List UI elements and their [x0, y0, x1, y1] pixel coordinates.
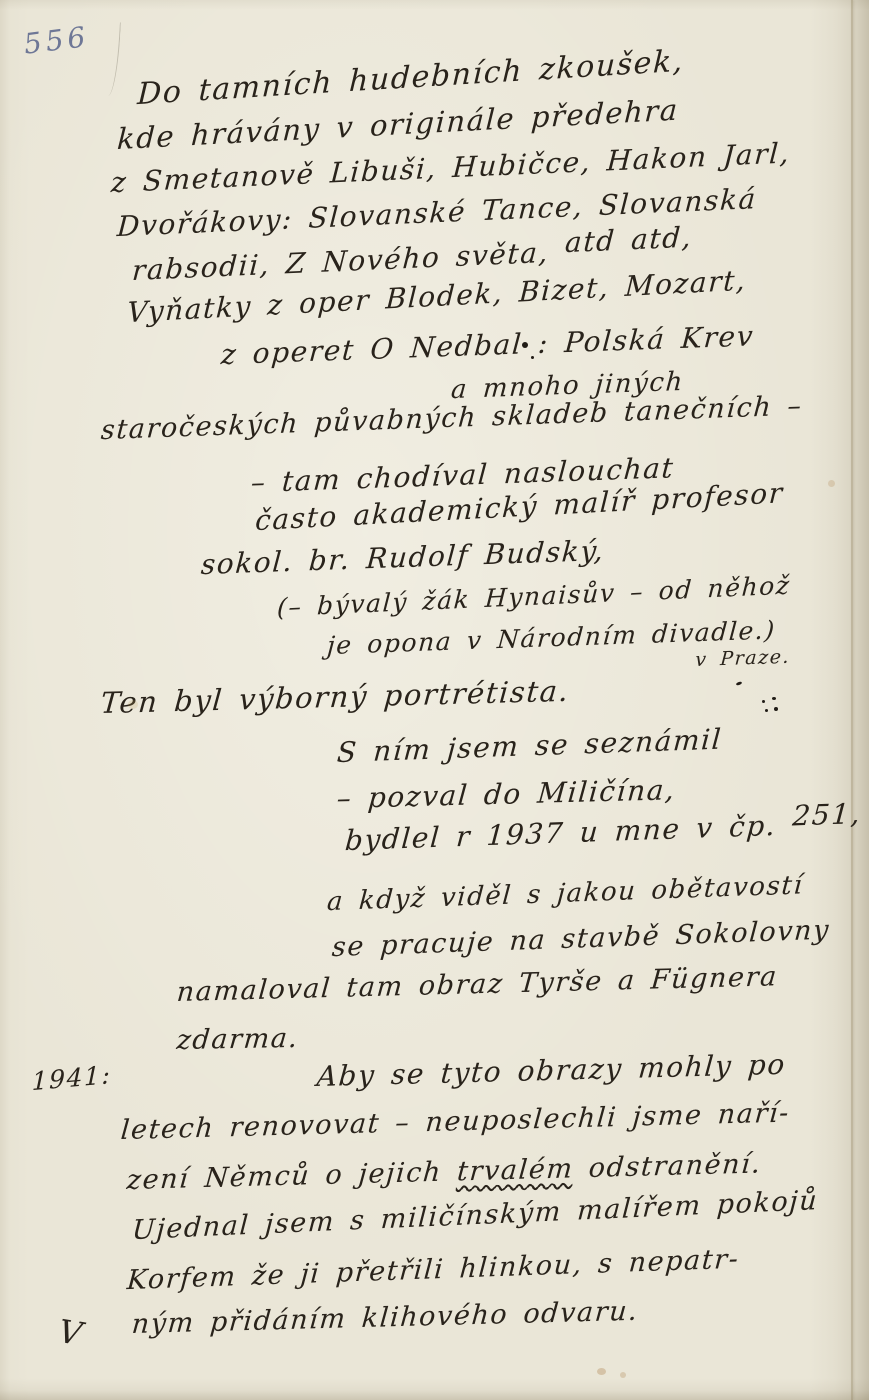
manuscript-line-16: Ten byl výborný portrétista. — [99, 676, 570, 720]
crease-mark — [102, 22, 121, 97]
margin-year-note: 1941: — [32, 1061, 112, 1096]
manuscript-page: 556 Do tamních hudebních zkoušek, kde hr… — [0, 0, 869, 1400]
line-26-text-end: odstranění. — [572, 1148, 762, 1184]
manuscript-line-26: zení Němců o jejich trvalém odstranění. — [126, 1149, 763, 1195]
paper-stain — [128, 700, 138, 709]
ink-speck — [772, 697, 776, 700]
manuscript-line-12: sokol. br. Rudolf Budský, — [200, 536, 606, 581]
manuscript-line-20: a když viděl s jakou obětavostí — [326, 871, 804, 916]
manuscript-line-28: Korfem že ji přetřili hlinkou, s nepatr- — [126, 1245, 741, 1296]
manuscript-line-15: v Praze. — [695, 647, 791, 671]
ink-speck — [774, 707, 778, 711]
paper-stain — [828, 480, 835, 487]
manuscript-line-18: – pozval do Miličína, — [336, 775, 677, 815]
manuscript-line-21: se pracuje na stavbě Sokolovny — [331, 916, 831, 963]
manuscript-line-22: namaloval tam obraz Tyrše a Fügnera — [176, 962, 779, 1007]
manuscript-line-17: S ním jsem se seznámil — [336, 725, 723, 769]
ink-speck — [736, 681, 743, 686]
ink-speck — [531, 356, 534, 359]
line-26-underlined-word: trvalém — [456, 1153, 575, 1187]
line-19-text: bydlel r 1937 u mne v čp. — [344, 808, 793, 857]
ink-speck — [762, 700, 765, 703]
paper-stain — [620, 1372, 626, 1378]
paper-stain — [597, 1368, 606, 1375]
manuscript-line-07: z operet O Nedbal : Polská Krev — [220, 321, 755, 371]
manuscript-line-25: letech renovovat – neuposlechli jsme nař… — [120, 1098, 791, 1145]
manuscript-line-19: bydlel r 1937 u mne v čp. 251, — [344, 808, 862, 857]
line-05-raised-text: atd atd, — [564, 221, 693, 260]
ink-speck — [522, 342, 528, 348]
manuscript-line-13: (– bývalý žák Hynaisův – od něhož — [276, 572, 791, 622]
line-26-text: zení Němců o jejich — [126, 1156, 459, 1196]
ink-speck — [765, 709, 768, 712]
manuscript-line-24: Aby se tyto obrazy mohly po — [316, 1050, 787, 1093]
page-number: 556 — [22, 20, 91, 61]
manuscript-line-23: zdarma. — [175, 1024, 300, 1056]
check-mark: V — [56, 1312, 85, 1353]
manuscript-line-27: Ujednal jsem s miličínským malířem pokoj… — [131, 1186, 819, 1246]
line-19-raised-text: 251, — [791, 797, 862, 833]
manuscript-line-29: ným přidáním klihového odvaru. — [131, 1297, 640, 1340]
page-edge-shadow — [851, 0, 853, 1400]
